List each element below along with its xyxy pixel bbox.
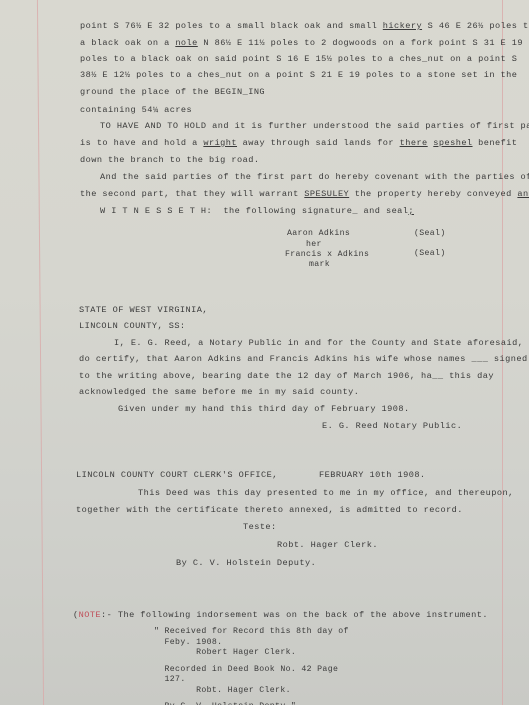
- seal-1: (Seal): [414, 229, 446, 239]
- bounds-line-5: ground the place of the BEGIN_ING: [80, 87, 265, 97]
- clerk-office-heading: LINCOLN COUNTY COURT CLERK'S OFFICE,: [76, 470, 278, 480]
- bounds-line-4: 38½ E 12½ poles to a ches_nut on a point…: [80, 70, 517, 80]
- note-label: NOTE: [79, 610, 101, 620]
- note-line: (NOTE:- The following indorsement was on…: [73, 610, 488, 620]
- habendum-line-3: down the branch to the big road.: [80, 155, 259, 165]
- deputy-signature: By C. V. Holstein Deputy.: [176, 558, 316, 568]
- right-margin-rule: [502, 0, 503, 705]
- clerk-line-2: together with the certificate thereto an…: [76, 505, 463, 515]
- bounds-line-2: a black oak on a nole N 86½ E 11½ poles …: [80, 38, 523, 48]
- ack-line-2: do certify, that Aaron Adkins and Franci…: [79, 354, 528, 364]
- ack-line-1: I, E. G. Reed, a Notary Public in and fo…: [114, 338, 523, 348]
- clerk-date: FEBRUARY 10th 1908.: [319, 470, 426, 480]
- signature-mark: mark: [309, 260, 330, 270]
- ack-line-4: acknowledged the same before me in my sa…: [79, 387, 359, 397]
- habendum-line-1: TO HAVE AND TO HOLD and it is further un…: [100, 121, 529, 131]
- bounds-line-3: poles to a black oak on said point S 16 …: [80, 54, 517, 64]
- notary-signature: E. G. Reed Notary Public.: [322, 421, 462, 431]
- endorsement-block: " Received for Record this 8th day of Fe…: [154, 627, 349, 705]
- bounds-line-1: point S 76½ E 32 poles to a small black …: [80, 21, 529, 31]
- habendum-line-2: is to have and hold a wright away throug…: [80, 138, 517, 148]
- left-margin-rule: [37, 0, 44, 705]
- deed-page: point S 76½ E 32 poles to a small black …: [0, 0, 529, 705]
- witnesseth-line: W I T N E S S E T H: the following signa…: [100, 206, 414, 216]
- covenant-line-2: the second part, that they will warrant …: [80, 189, 529, 199]
- signature-aaron-adkins: Aaron Adkins: [287, 229, 350, 239]
- county-heading: LINCOLN COUNTY, SS:: [79, 321, 186, 331]
- ack-line-3: to the writing above, bearing date the 1…: [79, 371, 494, 381]
- seal-2: (Seal): [414, 249, 446, 259]
- clerk-signature: Robt. Hager Clerk.: [277, 540, 378, 550]
- clerk-line-1: This Deed was this day presented to me i…: [138, 488, 514, 498]
- signature-her: her: [306, 240, 322, 250]
- teste-label: Teste:: [243, 522, 277, 532]
- given-line: Given under my hand this third day of Fe…: [118, 404, 410, 414]
- covenant-line-1: And the said parties of the first part d…: [100, 172, 529, 182]
- signature-francis-adkins: Francis x Adkins: [285, 250, 369, 260]
- state-heading: STATE OF WEST VIRGINIA,: [79, 305, 208, 315]
- acreage: containing 54¼ acres: [80, 105, 192, 115]
